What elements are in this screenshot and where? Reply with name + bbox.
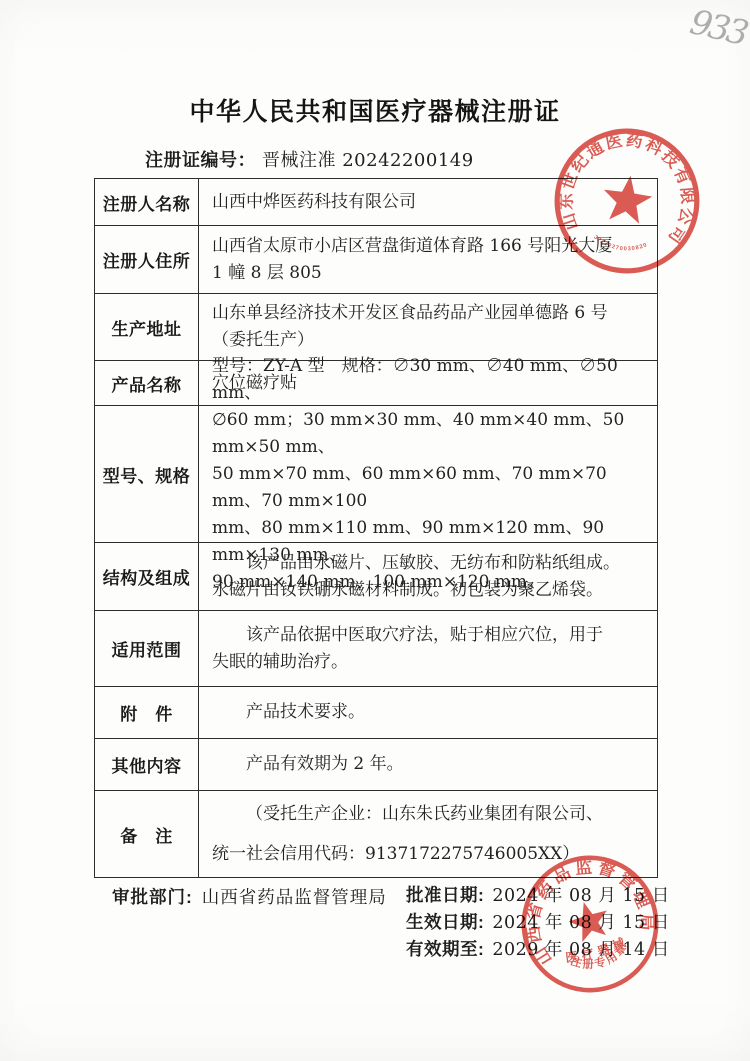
row-label: 注册人住所 xyxy=(95,226,199,293)
row-value: （受托生产企业：山东朱氏药业集团有限公司、 统一社会信用代码：913717227… xyxy=(199,791,657,877)
expiry-date-line: 有效期至:2029 年 08 月 14 日 xyxy=(406,936,670,963)
row-label: 生产地址 xyxy=(95,294,199,360)
row-label: 结构及组成 xyxy=(95,543,199,610)
approval-department-value: 山西省药品监督管理局 xyxy=(202,888,387,908)
row-label: 附 件 xyxy=(95,687,199,738)
row-label: 型号、规格 xyxy=(95,406,199,542)
table-row-intended-use: 适用范围 该产品依据中医取穴疗法，贴于相应穴位，用于 失眠的辅助治疗。 xyxy=(95,611,657,687)
table-row-structure-composition: 结构及组成 该产品由永磁片、压敏胶、无纺布和防粘纸组成。 永磁片由钕铁硼永磁材料… xyxy=(95,543,657,611)
table-row-model-specs: 型号、规格 型号：ZY-A 型 规格：∅30 mm、∅40 mm、∅50 mm、… xyxy=(95,406,657,543)
approval-department-line: 审批部门: 山西省药品监督管理局 xyxy=(112,884,387,909)
row-value: 该产品依据中医取穴疗法，贴于相应穴位，用于 失眠的辅助治疗。 xyxy=(199,611,657,686)
row-label: 适用范围 xyxy=(95,611,199,686)
effective-date-line: 生效日期:2024 年 08 月 15 日 xyxy=(406,909,670,936)
row-value: 山东单县经济技术开发区食品药品产业园单德路 6 号 （委托生产） xyxy=(199,294,657,360)
row-label: 注册人名称 xyxy=(95,179,199,225)
row-value: 产品技术要求。 xyxy=(199,687,657,738)
row-label: 产品名称 xyxy=(95,361,199,405)
handwritten-page-number: 933 xyxy=(686,2,749,54)
certificate-number-label: 注册证编号： xyxy=(145,150,256,170)
date-block: 批准日期:2024 年 08 月 15 日 生效日期:2024 年 08 月 1… xyxy=(406,882,670,963)
table-row-production-address: 生产地址 山东单县经济技术开发区食品药品产业园单德路 6 号 （委托生产） xyxy=(95,294,657,361)
row-value: 型号：ZY-A 型 规格：∅30 mm、∅40 mm、∅50 mm、 ∅60 m… xyxy=(199,406,657,542)
row-value: 山西省太原市小店区营盘街道体育路 166 号阳光大厦 1 幢 8 层 805 xyxy=(199,226,657,293)
approval-date-line: 批准日期:2024 年 08 月 15 日 xyxy=(406,882,670,909)
certificate-table: 注册人名称 山西中烨医药科技有限公司 注册人住所 山西省太原市小店区营盘街道体育… xyxy=(94,178,658,878)
row-value: 该产品由永磁片、压敏胶、无纺布和防粘纸组成。 永磁片由钕铁硼永磁材料制成。初包装… xyxy=(199,543,657,610)
page-title: 中华人民共和国医疗器械注册证 xyxy=(0,92,750,128)
row-label: 备 注 xyxy=(95,791,199,877)
table-row-remarks: 备 注 （受托生产企业：山东朱氏药业集团有限公司、 统一社会信用代码：91371… xyxy=(95,791,657,877)
table-row-other-content: 其他内容 产品有效期为 2 年。 xyxy=(95,739,657,791)
table-row-registrant-name: 注册人名称 山西中烨医药科技有限公司 xyxy=(95,179,657,226)
approval-department-label: 审批部门: xyxy=(112,887,193,907)
table-row-registrant-address: 注册人住所 山西省太原市小店区营盘街道体育路 166 号阳光大厦 1 幢 8 层… xyxy=(95,226,657,294)
certificate-number-value: 晋械注准 20242200149 xyxy=(262,150,474,171)
row-value: 产品有效期为 2 年。 xyxy=(199,739,657,790)
certificate-page: 933 中华人民共和国医疗器械注册证 注册证编号：晋械注准 2024220014… xyxy=(0,0,750,1061)
table-row-attachment: 附 件 产品技术要求。 xyxy=(95,687,657,739)
certificate-number-line: 注册证编号：晋械注准 20242200149 xyxy=(145,146,474,172)
row-label: 其他内容 xyxy=(95,739,199,790)
row-value: 山西中烨医药科技有限公司 xyxy=(199,179,657,225)
